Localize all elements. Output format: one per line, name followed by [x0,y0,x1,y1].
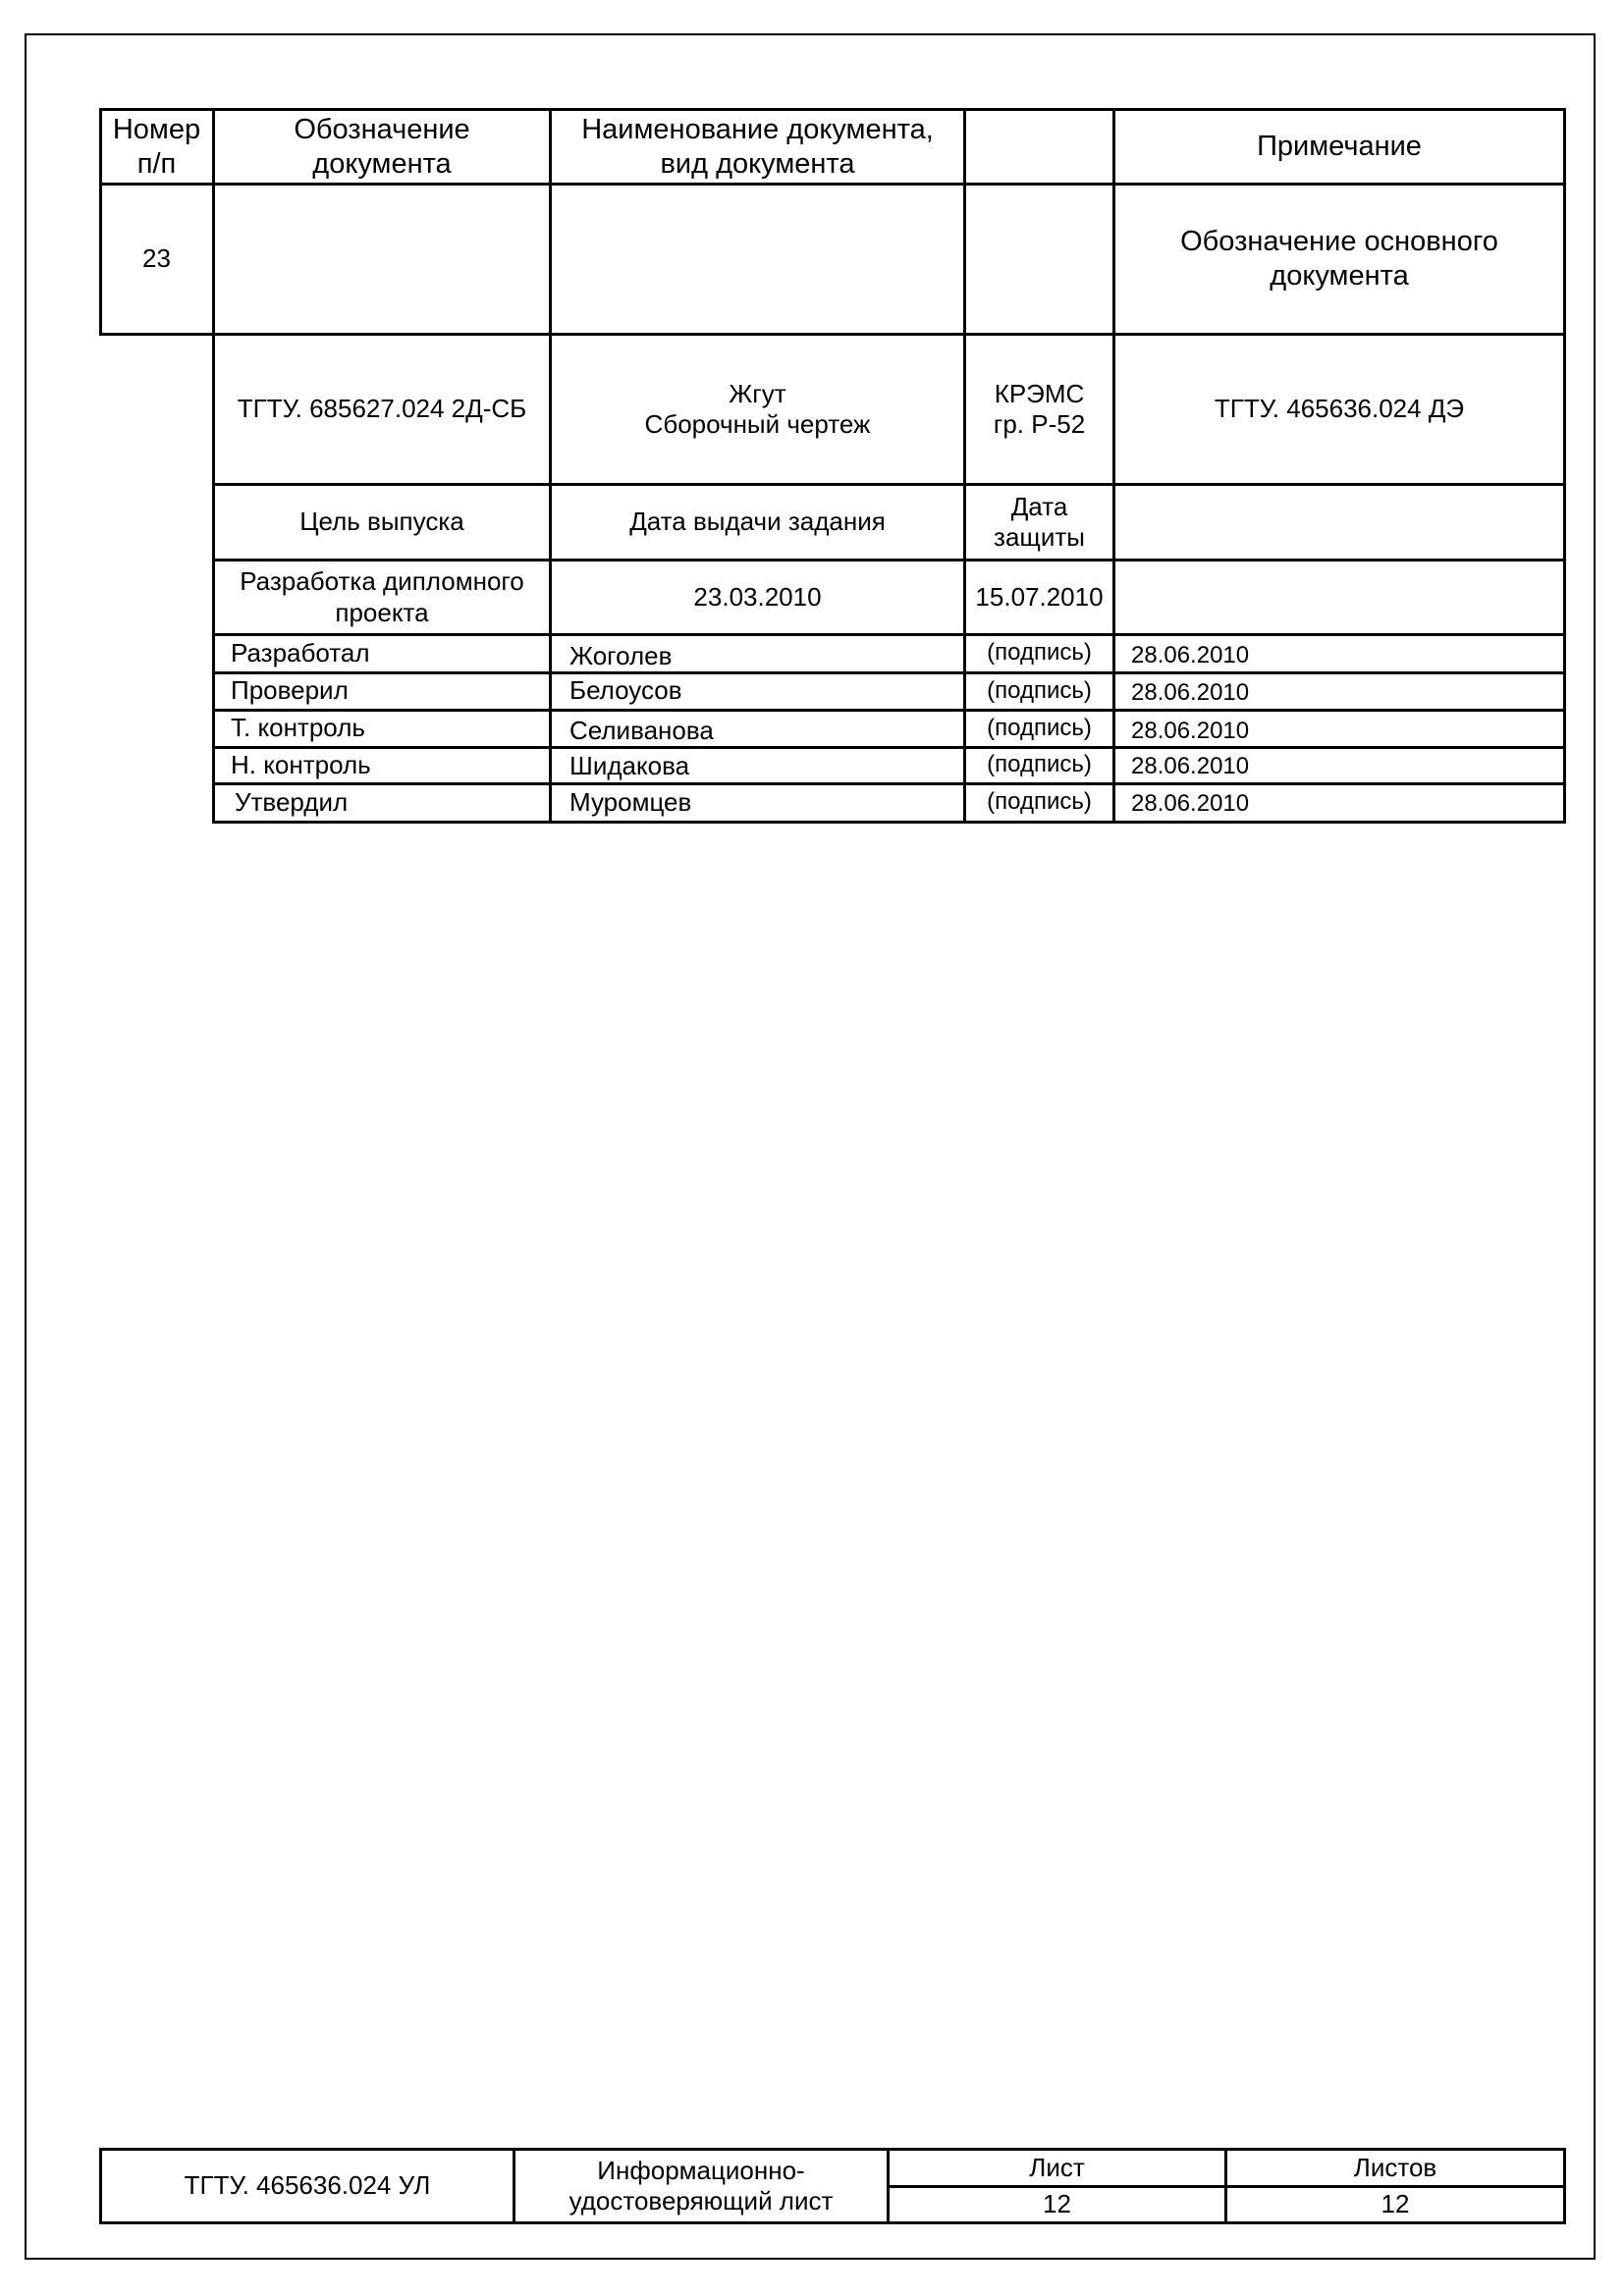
signature-name: Муромцев [552,784,963,821]
footer-sheets-label: Листов [1227,2151,1563,2185]
footer-document-title: Информационно- удостоверяющий лист [515,2151,887,2221]
signature-name: Жоголев [552,638,963,674]
signature-name: Шидакова [552,749,963,783]
issue-defense-date-label: Дата защиты [966,486,1112,559]
signature-date: 28.06.2010 [1115,714,1563,749]
signature-role: Проверил [215,673,549,709]
document-base: ТГТУ. 465636.024 ДЭ [1115,336,1563,483]
signature-role: Т. контроль [215,711,549,746]
header-number: Номер п/п [101,111,212,183]
signature-name: Селиванова [552,714,963,749]
signature-date: 28.06.2010 [1115,750,1563,784]
issue-purpose: Разработка дипломного проекта [215,561,549,633]
header-designation: Обозначение документа [215,111,549,183]
document-organization: КРЭМС гр. Р-52 [966,336,1112,483]
footer-sheets-value: 12 [1227,2188,1563,2221]
signature-field: (подпись) [966,711,1112,746]
header-blank [966,111,1112,183]
entry-number: 23 [101,186,212,333]
header-note: Примечание [1115,111,1563,183]
footer-border-right [1563,2148,1566,2224]
signature-role: Разработал [215,635,549,671]
signature-field: (подпись) [966,748,1112,782]
table-border-right [1563,108,1566,824]
signature-field: (подпись) [966,673,1112,709]
signature-date: 28.06.2010 [1115,638,1563,674]
footer-border-bottom [99,2221,1566,2224]
issue-task-date-label: Дата выдачи задания [552,486,963,559]
header-name: Наименование документа, вид документа [552,111,963,183]
signature-field: (подпись) [966,635,1112,671]
entry-note: Обозначение основного документа [1115,186,1563,333]
signature-role: Н. контроль [215,748,549,782]
issue-defense-date: 15.07.2010 [966,561,1112,633]
signature-date: 28.06.2010 [1115,675,1563,711]
document-designation: ТГТУ. 685627.024 2Д-СБ [215,336,549,483]
footer-sheet-value: 12 [890,2188,1224,2221]
footer-sheet-label: Лист [890,2151,1224,2185]
document-name: Жгут Сборочный чертеж [552,336,963,483]
issue-purpose-label: Цель выпуска [215,486,549,559]
signature-name: Белоусов [552,673,963,709]
signature-date: 28.06.2010 [1115,786,1563,823]
signature-field: (подпись) [966,784,1112,821]
issue-task-date: 23.03.2010 [552,561,963,633]
footer-document-code: ТГТУ. 465636.024 УЛ [102,2151,513,2221]
signature-role: Утвердил [215,784,549,821]
